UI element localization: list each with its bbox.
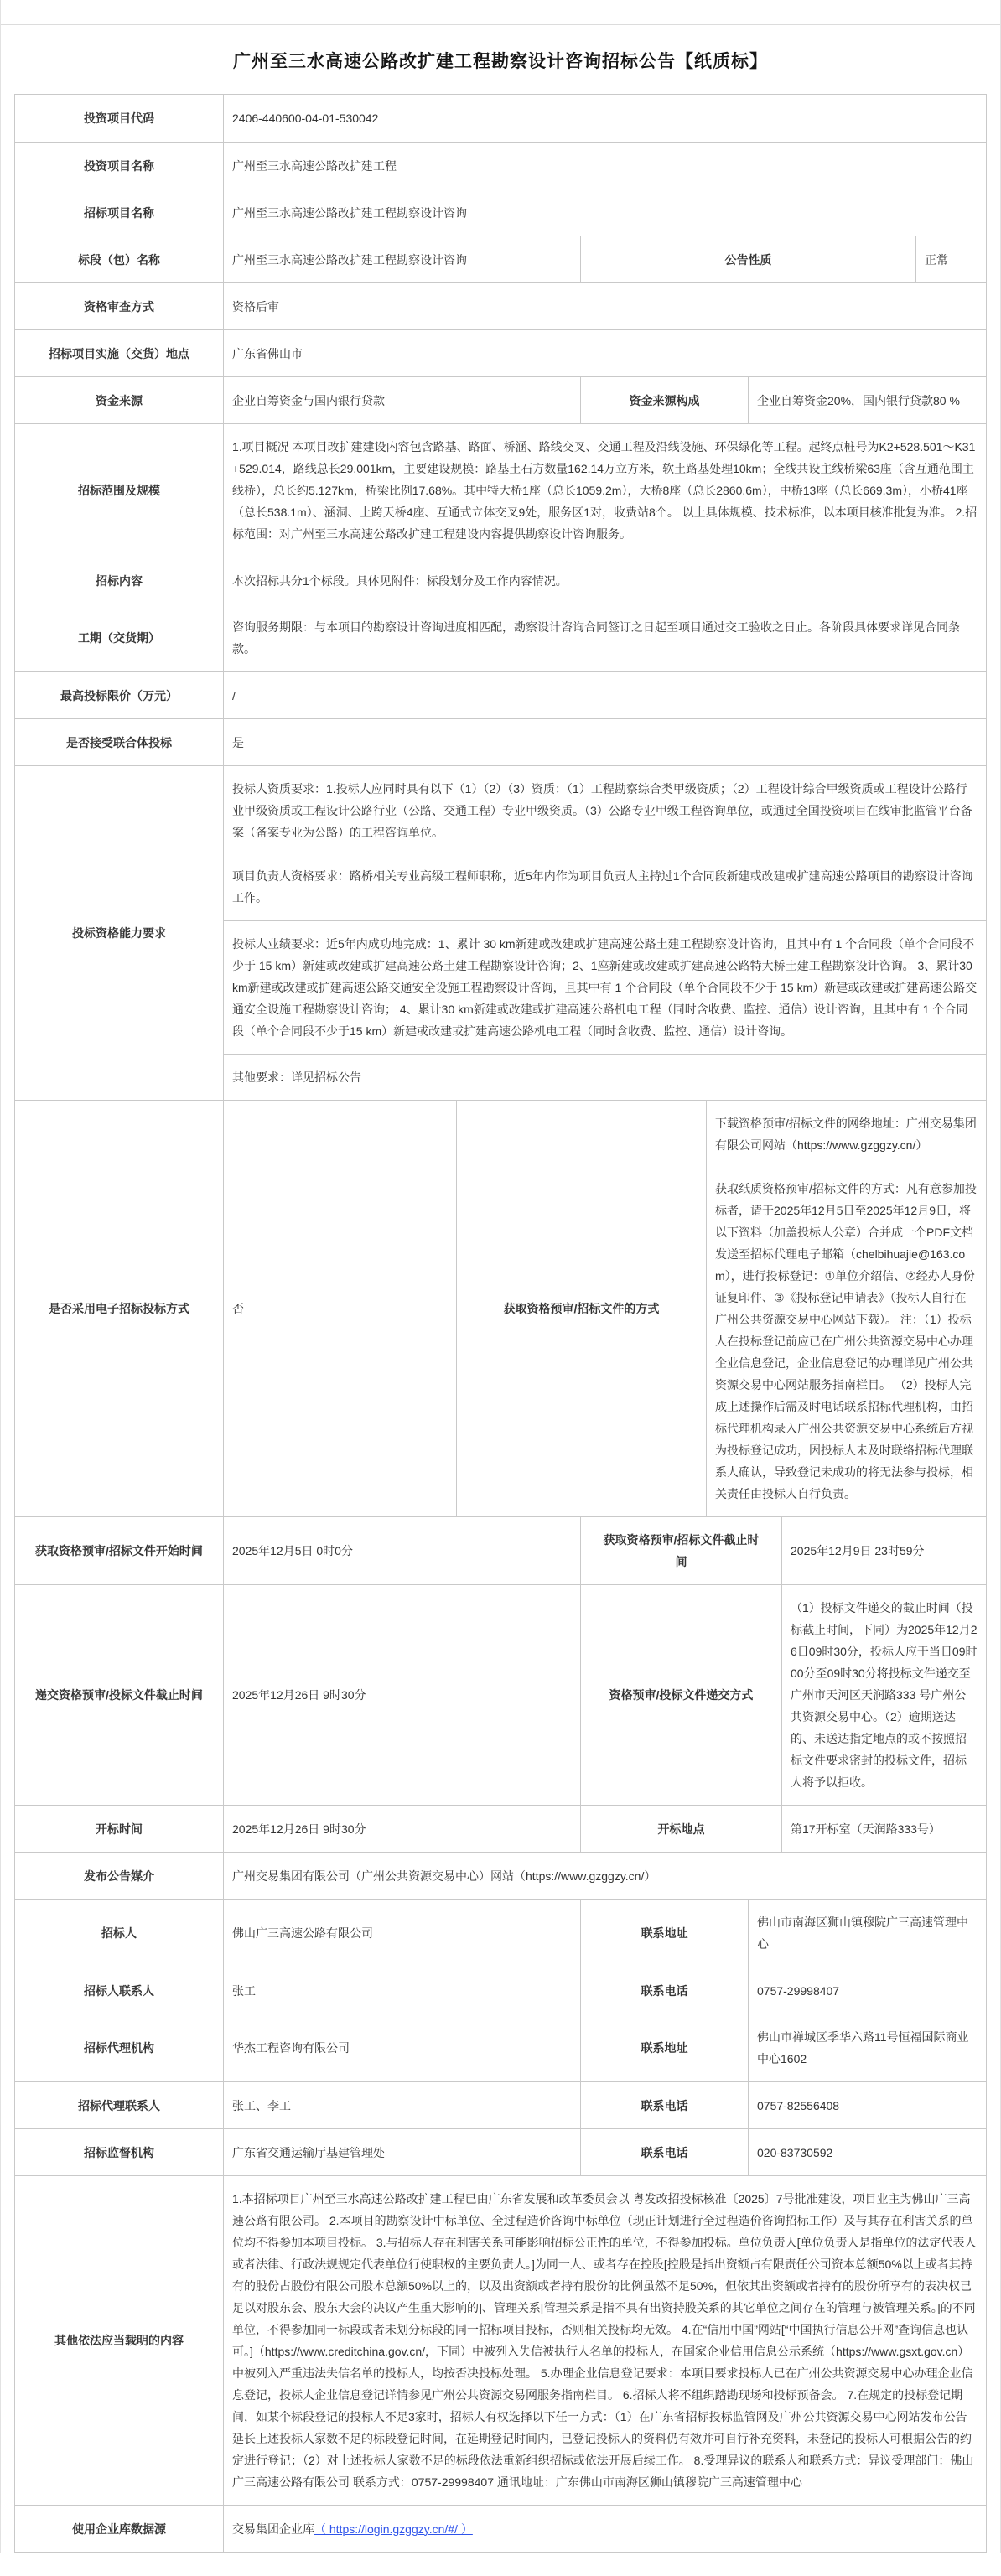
- row-electronic-bidding: 是否采用电子招标投标方式 否 获取资格预审/招标文件的方式 下载资格预审/招标文…: [15, 1100, 986, 1516]
- doc-obtain-start-value: 2025年12月5日 0时0分: [223, 1517, 580, 1584]
- project-leader-requirements: 项目负责人资格要求：路桥相关专业高级工程师职称，近5年内作为项目负责人主持过1个…: [232, 865, 978, 909]
- content-label: 招标内容: [15, 557, 223, 604]
- other-requirements-block: 其他要求：详见招标公告: [224, 1054, 986, 1100]
- scope-value: 1.项目概况 本项目改扩建建设内容包含路基、路面、桥涵、路线交叉、交通工程及沿线…: [223, 424, 986, 557]
- scope-label: 招标范围及规模: [15, 424, 223, 557]
- enterprise-db-name: 交易集团企业库: [232, 2518, 314, 2540]
- download-address-paragraph: 下载资格预审/招标文件的网络地址：广州交易集团有限公司网站（https://ww…: [715, 1112, 978, 1156]
- invest-name-value: 广州至三水高速公路改扩建工程: [223, 143, 986, 189]
- tenderer-value: 佛山广三高速公路有限公司: [223, 1900, 580, 1967]
- row-consortium: 是否接受联合体投标 是: [15, 718, 986, 765]
- supervisor-phone-value: 020-83730592: [748, 2129, 986, 2175]
- row-other-content: 其他依法应当载明的内容 1.本招标项目广州至三水高速公路改扩建工程已由广东省发展…: [15, 2175, 986, 2505]
- row-max-price: 最高投标限价（万元） /: [15, 671, 986, 718]
- top-divider: [1, 0, 1000, 25]
- tenderer-contact-value: 张工: [223, 1967, 580, 2014]
- location-label: 招标项目实施（交货）地点: [15, 330, 223, 376]
- other-content-label: 其他依法应当载明的内容: [15, 2176, 223, 2505]
- row-content: 招标内容 本次招标共分1个标段。具体见附件：标段划分及工作内容情况。: [15, 557, 986, 604]
- consortium-value: 是: [223, 719, 986, 765]
- row-tender-name: 招标项目名称 广州至三水高速公路改扩建工程勘察设计咨询: [15, 189, 986, 236]
- supervisor-value: 广东省交通运输厅基建管理处: [223, 2129, 580, 2175]
- document-obtain-method-value: 下载资格预审/招标文件的网络地址：广州交易集团有限公司网站（https://ww…: [706, 1101, 986, 1516]
- submit-method-label: 资格预审/投标文件递交方式: [580, 1585, 781, 1805]
- funding-composition-label: 资金来源构成: [580, 377, 748, 423]
- announcement-page: 广州至三水高速公路改扩建工程勘察设计咨询招标公告【纸质标】 投资项目代码 240…: [0, 0, 1001, 2553]
- row-qualification-review: 资格审查方式 资格后审: [15, 282, 986, 329]
- row-agency: 招标代理机构 华杰工程咨询有限公司 联系地址 佛山市禅城区季华六路11号恒福国际…: [15, 2014, 986, 2081]
- row-doc-obtain-time: 获取资格预审/招标文件开始时间 2025年12月5日 0时0分 获取资格预审/招…: [15, 1516, 986, 1584]
- qualification-review-label: 资格审查方式: [15, 283, 223, 329]
- row-submit-deadline: 递交资格预审/投标文件截止时间 2025年12月26日 9时30分 资格预审/投…: [15, 1584, 986, 1805]
- electronic-bidding-label: 是否采用电子招标投标方式: [15, 1101, 223, 1516]
- invest-name-label: 投资项目名称: [15, 143, 223, 189]
- row-supervisor: 招标监督机构 广东省交通运输厅基建管理处 联系电话 020-83730592: [15, 2128, 986, 2175]
- electronic-bidding-value: 否: [223, 1101, 456, 1516]
- invest-code-value: 2406-440600-04-01-530042: [223, 95, 986, 142]
- notice-nature-label: 公告性质: [580, 236, 915, 282]
- bidder-qualification-value: 投标人资质要求：1.投标人应同时具有以下（1）（2）（3）资质：（1）工程勘察综…: [223, 766, 986, 1100]
- notice-nature-value: 正常: [915, 236, 986, 282]
- tender-name-value: 广州至三水高速公路改扩建工程勘察设计咨询: [223, 189, 986, 236]
- tenderer-phone-value: 0757-29998407: [748, 1967, 986, 2014]
- submit-deadline-label: 递交资格预审/投标文件截止时间: [15, 1585, 223, 1805]
- doc-obtain-deadline-value: 2025年12月9日 23时59分: [781, 1517, 986, 1584]
- row-invest-name: 投资项目名称 广州至三水高速公路改扩建工程: [15, 142, 986, 189]
- row-tenderer-contact: 招标人联系人 张工 联系电话 0757-29998407: [15, 1967, 986, 2014]
- document-obtain-method-text: 下载资格预审/招标文件的网络地址：广州交易集团有限公司网站（https://ww…: [707, 1101, 986, 1516]
- invest-code-label: 投资项目代码: [15, 95, 223, 142]
- tenderer-phone-label: 联系电话: [580, 1967, 748, 2014]
- row-opening: 开标时间 2025年12月26日 9时30分 开标地点 第17开标室（天润路33…: [15, 1805, 986, 1852]
- other-requirements: 其他要求：详见招标公告: [232, 1066, 978, 1088]
- row-tenderer: 招标人 佛山广三高速公路有限公司 联系地址 佛山市南海区狮山镇穆院广三高速管理中…: [15, 1899, 986, 1967]
- announcement-table: 投资项目代码 2406-440600-04-01-530042 投资项目名称 广…: [14, 94, 987, 2553]
- funding-composition-value: 企业自筹资金20%，国内银行贷款80 %: [748, 377, 986, 423]
- bidder-credential-requirements: 投标人资质要求：1.投标人应同时具有以下（1）（2）（3）资质：（1）工程勘察综…: [232, 778, 978, 843]
- duration-value: 咨询服务期限：与本项目的勘察设计咨询进度相匹配，勘察设计咨询合同签订之日起至项目…: [223, 604, 986, 671]
- tenderer-label: 招标人: [15, 1900, 223, 1967]
- agency-label: 招标代理机构: [15, 2014, 223, 2081]
- agency-address-label: 联系地址: [580, 2014, 748, 2081]
- page-title: 广州至三水高速公路改扩建工程勘察设计咨询招标公告【纸质标】: [1, 25, 1000, 94]
- other-content-value: 1.本招标项目广州至三水高速公路改扩建工程已由广东省发展和改革委员会以 粤发改招…: [223, 2176, 986, 2505]
- section-name-value: 广州至三水高速公路改扩建工程勘察设计咨询: [223, 236, 580, 282]
- enterprise-db-label: 使用企业库数据源: [15, 2506, 223, 2552]
- doc-obtain-deadline-label: 获取资格预审/招标文件截止时间: [580, 1517, 781, 1584]
- row-scope: 招标范围及规模 1.项目概况 本项目改扩建建设内容包含路基、路面、桥涵、路线交叉…: [15, 423, 986, 557]
- tenderer-address-value: 佛山市南海区狮山镇穆院广三高速管理中心: [748, 1900, 986, 1967]
- agency-phone-label: 联系电话: [580, 2082, 748, 2128]
- opening-place-label: 开标地点: [580, 1806, 781, 1852]
- document-obtain-method-label: 获取资格预审/招标文件的方式: [456, 1101, 706, 1516]
- paper-document-paragraph: 获取纸质资格预审/招标文件的方式：凡有意参加投标者，请于2025年12月5日至2…: [715, 1178, 978, 1505]
- bidder-performance-requirements: 投标人业绩要求：近5年内成功地完成：1、累计 30 km新建或改建或扩建高速公路…: [232, 933, 978, 1042]
- row-invest-code: 投资项目代码 2406-440600-04-01-530042: [15, 95, 986, 142]
- funding-label: 资金来源: [15, 377, 223, 423]
- max-price-label: 最高投标限价（万元）: [15, 672, 223, 718]
- row-agency-contact: 招标代理联系人 张工、李工 联系电话 0757-82556408: [15, 2081, 986, 2128]
- row-location: 招标项目实施（交货）地点 广东省佛山市: [15, 329, 986, 376]
- row-enterprise-db: 使用企业库数据源 交易集团企业库（ https://login.gzggzy.c…: [15, 2505, 986, 2552]
- section-name-label: 标段（包）名称: [15, 236, 223, 282]
- enterprise-db-link[interactable]: （ https://login.gzggzy.cn/#/ ）: [314, 2518, 473, 2540]
- media-value: 广州交易集团有限公司（广州公共资源交易中心）网站（https://www.gzg…: [223, 1853, 986, 1899]
- content-value: 本次招标共分1个标段。具体见附件：标段划分及工作内容情况。: [223, 557, 986, 604]
- supervisor-label: 招标监督机构: [15, 2129, 223, 2175]
- duration-label: 工期（交货期）: [15, 604, 223, 671]
- qualification-requirements-block: 投标人资质要求：1.投标人应同时具有以下（1）（2）（3）资质：（1）工程勘察综…: [224, 766, 986, 920]
- tenderer-address-label: 联系地址: [580, 1900, 748, 1967]
- qualification-review-value: 资格后审: [223, 283, 986, 329]
- row-bidder-qualification: 投标资格能力要求 投标人资质要求：1.投标人应同时具有以下（1）（2）（3）资质…: [15, 765, 986, 1100]
- submit-deadline-value: 2025年12月26日 9时30分: [223, 1585, 580, 1805]
- row-section-name: 标段（包）名称 广州至三水高速公路改扩建工程勘察设计咨询 公告性质 正常: [15, 236, 986, 282]
- submit-method-value: （1）投标文件递交的截止时间（投标截止时间，下同）为2025年12月26日09时…: [781, 1585, 986, 1805]
- opening-time-value: 2025年12月26日 9时30分: [223, 1806, 580, 1852]
- enterprise-db-value: 交易集团企业库（ https://login.gzggzy.cn/#/ ）: [223, 2506, 986, 2552]
- supervisor-phone-label: 联系电话: [580, 2129, 748, 2175]
- funding-value: 企业自筹资金与国内银行贷款: [223, 377, 580, 423]
- row-duration: 工期（交货期） 咨询服务期限：与本项目的勘察设计咨询进度相匹配，勘察设计咨询合同…: [15, 604, 986, 671]
- agency-contact-label: 招标代理联系人: [15, 2082, 223, 2128]
- agency-address-value: 佛山市禅城区季华六路11号恒福国际商业中心1602: [748, 2014, 986, 2081]
- row-funding: 资金来源 企业自筹资金与国内银行贷款 资金来源构成 企业自筹资金20%，国内银行…: [15, 376, 986, 423]
- agency-phone-value: 0757-82556408: [748, 2082, 986, 2128]
- bidder-qualification-label: 投标资格能力要求: [15, 766, 223, 1100]
- tender-name-label: 招标项目名称: [15, 189, 223, 236]
- media-label: 发布公告媒介: [15, 1853, 223, 1899]
- performance-requirements-block: 投标人业绩要求：近5年内成功地完成：1、累计 30 km新建或改建或扩建高速公路…: [224, 920, 986, 1054]
- doc-obtain-start-label: 获取资格预审/招标文件开始时间: [15, 1517, 223, 1584]
- row-media: 发布公告媒介 广州交易集团有限公司（广州公共资源交易中心）网站（https://…: [15, 1852, 986, 1899]
- location-value: 广东省佛山市: [223, 330, 986, 376]
- consortium-label: 是否接受联合体投标: [15, 719, 223, 765]
- agency-value: 华杰工程咨询有限公司: [223, 2014, 580, 2081]
- max-price-value: /: [223, 672, 986, 718]
- opening-place-value: 第17开标室（天润路333号）: [781, 1806, 986, 1852]
- agency-contact-value: 张工、李工: [223, 2082, 580, 2128]
- tenderer-contact-label: 招标人联系人: [15, 1967, 223, 2014]
- opening-time-label: 开标时间: [15, 1806, 223, 1852]
